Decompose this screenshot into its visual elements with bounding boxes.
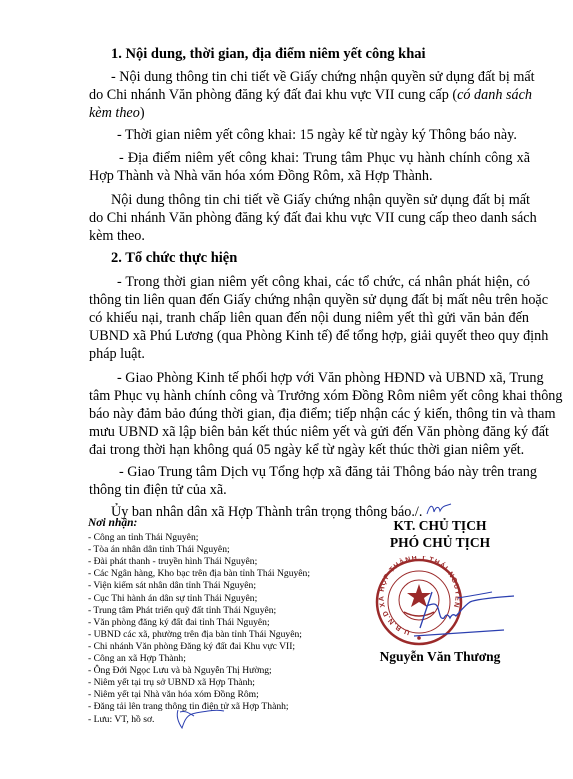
recipient-item: - Lưu: VT, hồ sơ. xyxy=(88,714,154,726)
recipient-item: - Văn phòng đăng ký đất đai tỉnh Thái Ng… xyxy=(88,617,270,629)
recipient-item: - Niêm yết tại trụ sở UBND xã Hợp Thành; xyxy=(88,677,255,689)
s2-p3-line1: - Giao Trung tâm Dịch vụ Tổng hợp xã đăn… xyxy=(119,464,530,481)
section-1-heading: 1. Nội dung, thời gian, địa điểm niêm yế… xyxy=(111,46,551,63)
s2-p1-line4: UBND xã Phú Lương (qua Phòng Kinh tế) để… xyxy=(89,328,529,345)
initials-mark xyxy=(424,500,454,518)
recipient-item: - Ông Đới Ngọc Lưu và bà Nguyễn Thị Hườn… xyxy=(88,665,272,677)
section-2-heading: 2. Tổ chức thực hiện xyxy=(111,250,551,267)
document-page: 1. Nội dung, thời gian, địa điểm niêm yế… xyxy=(0,0,573,779)
s2-p1-line5: pháp luật. xyxy=(89,346,529,363)
recipient-item: - Trung tâm Phát triển quỹ đất tỉnh Thái… xyxy=(88,605,276,617)
recipient-item: - Công an xã Hợp Thành; xyxy=(88,653,186,665)
s1-p2: - Thời gian niêm yết công khai: 15 ngày … xyxy=(117,127,557,144)
official-seal-icon: U.B.N.D XÃ HỢP THÀNH T.THÁI NGUYÊN xyxy=(374,556,519,648)
s2-p2-line4: mưu UBND xã lập biên bản kết thúc niêm y… xyxy=(89,424,529,441)
handwritten-initials xyxy=(172,706,227,732)
recipient-item: - Tòa án nhân dân tỉnh Thái Nguyên; xyxy=(88,544,230,556)
recipient-item: - Niêm yết tại Nhà văn hóa xóm Đồng Rôm; xyxy=(88,689,259,701)
signature-title-1: KT. CHỦ TỊCH xyxy=(350,517,530,534)
recipient-item: - Công an tỉnh Thái Nguyên; xyxy=(88,532,198,544)
s2-p1-line2: thông tin liên quan đến Giấy chứng nhận … xyxy=(89,292,529,309)
s1-p1-line1: - Nội dung thông tin chi tiết về Giấy ch… xyxy=(111,69,530,86)
s1-p4-line3: kèm theo. xyxy=(89,228,529,245)
s2-p2-line2: tâm Phục vụ hành chính công và Trưởng xó… xyxy=(89,388,529,405)
recipient-item: - Đài phát thanh - truyền hình Thái Nguy… xyxy=(88,556,257,568)
s1-p4-line1: Nội dung thông tin chi tiết về Giấy chứn… xyxy=(111,192,530,209)
recipient-item: - Chi nhánh Văn phòng Đăng ký đất đai Kh… xyxy=(88,641,295,653)
s1-p1-line2: do Chi nhánh Văn phòng đăng ký đất đai k… xyxy=(89,87,529,104)
s2-p3-line2: thông tin điện tử của xã. xyxy=(89,482,529,499)
s2-p2-line3: báo này đảm bảo đúng thời gian, địa điểm… xyxy=(89,406,529,423)
s2-p1-line3: có khiếu nại, tranh chấp liên quan đến n… xyxy=(89,310,529,327)
s1-p1-line3: kèm theo) xyxy=(89,105,529,122)
s2-p2-line1: - Giao Phòng Kinh tế phối hợp với Văn ph… xyxy=(117,370,530,387)
s2-p1-line1: - Trong thời gian niêm yết công khai, cá… xyxy=(117,274,530,291)
signer-name: Nguyễn Văn Thương xyxy=(350,649,530,665)
recipient-item: - Viện kiểm sát nhân dân tỉnh Thái Nguyê… xyxy=(88,580,256,592)
recipient-item: - Cục Thi hành án dân sự tỉnh Thái Nguyê… xyxy=(88,593,257,605)
recipient-item: - UBND các xã, phường trên địa bàn tỉnh … xyxy=(88,629,302,641)
recipient-item: - Các Ngân hàng, Kho bạc trên địa bàn tỉ… xyxy=(88,568,310,580)
s1-p3-line1: - Địa điểm niêm yết công khai: Trung tâm… xyxy=(119,150,530,167)
recipients-title: Nơi nhận: xyxy=(88,517,137,529)
s1-p3-line2: Hợp Thành và Nhà văn hóa xóm Đồng Rôm, x… xyxy=(89,168,529,185)
signature-title-2: PHÓ CHỦ TỊCH xyxy=(350,534,530,551)
s1-p4-line2: do Chi nhánh Văn phòng đăng ký đất đai k… xyxy=(89,210,529,227)
s2-p2-line5: đai trong thời hạn không quá 05 ngày kể … xyxy=(89,442,529,459)
